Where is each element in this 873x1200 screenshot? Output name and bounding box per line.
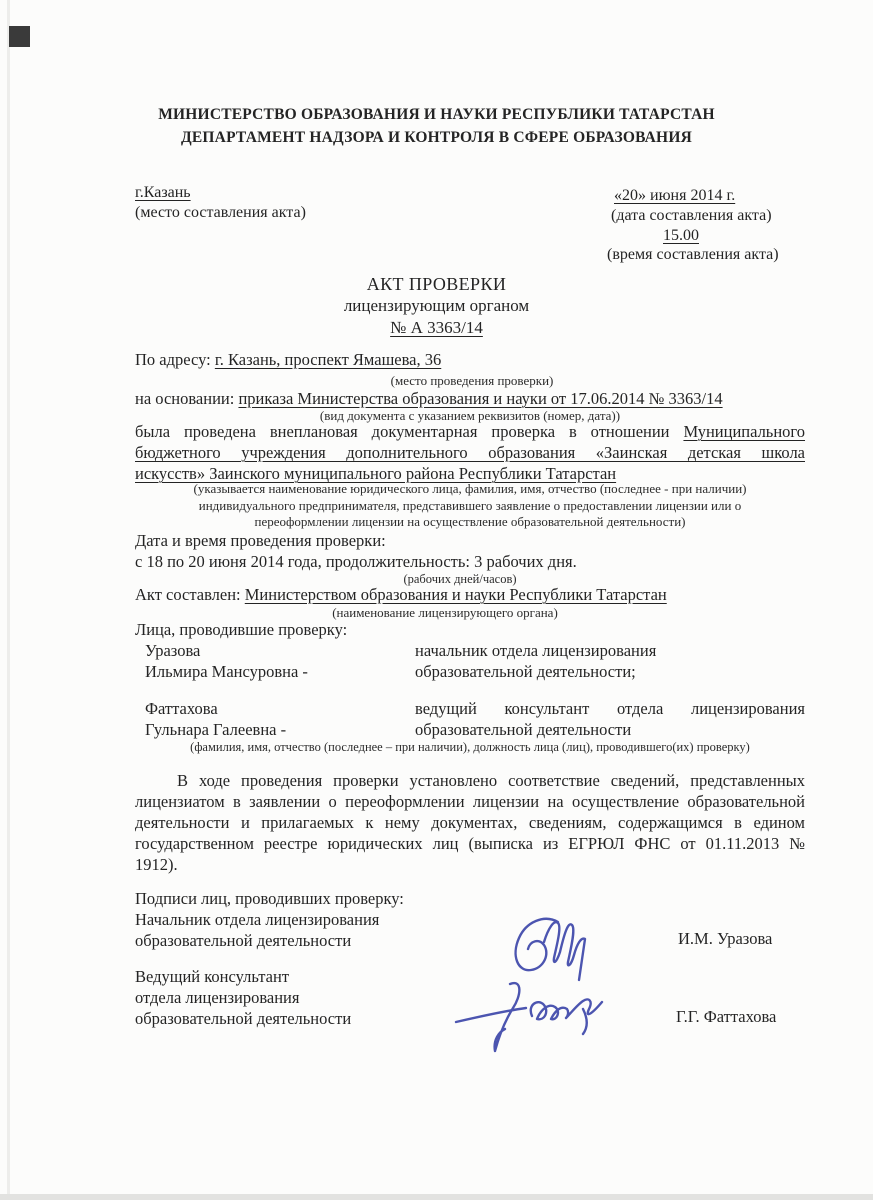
act-by-label: Акт составлен: — [135, 585, 245, 604]
findings-line-3: деятельности и прилагаемых к нему докуме… — [135, 812, 805, 833]
inspectors-caption: (фамилия, имя, отчество (последнее – при… — [135, 739, 805, 755]
inspector1-title-line-2: образовательной деятельности; — [415, 661, 636, 682]
inspection-caption-line-1: (указывается наименование юридического л… — [135, 481, 805, 497]
signer2-title-line-2: отдела лицензирования — [135, 987, 299, 1008]
findings-line-2: лицензиатом в заявлении о переоформлении… — [135, 791, 805, 812]
basis-line: на основании: приказа Министерства образ… — [135, 388, 723, 409]
header-line-1: МИНИСТЕРСТВО ОБРАЗОВАНИЯ И НАУКИ РЕСПУБЛ… — [0, 103, 873, 126]
act-date-value: «20» июня 2014 г. — [614, 186, 735, 206]
act-time-caption: (время составления акта) — [607, 245, 779, 265]
findings-line-1: В ходе проведения проверки установлено с… — [135, 770, 805, 791]
act-place-caption: (место составления акта) — [135, 203, 306, 223]
doc-number-value: № А 3363/14 — [390, 318, 483, 337]
address-label: По адресу: — [135, 350, 215, 369]
act-place-value: г.Казань — [135, 183, 201, 203]
address-line: По адресу: г. Казань, проспект Ямашева, … — [135, 349, 441, 370]
signer1-title-line-1: Начальник отдела лицензирования — [135, 909, 379, 930]
findings-line-5: 1912). — [135, 854, 178, 875]
inspection-line-2-underlined: бюджетного учреждения дополнительного об… — [135, 443, 805, 462]
header-line-2: ДЕПАРТАМЕНТ НАДЗОРА И КОНТРОЛЯ В СФЕРЕ О… — [0, 126, 873, 149]
dates-value: с 18 по 20 июня 2014 года, продолжительн… — [135, 551, 577, 572]
inspectors-heading: Лица, проводившие проверку: — [135, 619, 347, 640]
inspection-line-1-underlined: Муниципального — [683, 422, 805, 441]
basis-label: на основании: — [135, 389, 238, 408]
doc-title-line-2: лицензирующим органом — [0, 296, 873, 316]
dates-label: Дата и время проведения проверки: — [135, 530, 386, 551]
signature-fattakhova-ink — [452, 972, 612, 1057]
act-by-line: Акт составлен: Министерством образования… — [135, 584, 667, 605]
address-caption: (место проведения проверки) — [272, 373, 672, 389]
scanned-document-page: МИНИСТЕРСТВО ОБРАЗОВАНИЯ И НАУКИ РЕСПУБЛ… — [0, 0, 873, 1200]
address-value: г. Казань, проспект Ямашева, 36 — [215, 350, 441, 369]
document-header: МИНИСТЕРСТВО ОБРАЗОВАНИЯ И НАУКИ РЕСПУБЛ… — [0, 103, 873, 149]
signer2-title-line-3: образовательной деятельности — [135, 1008, 351, 1029]
signer2-name: Г.Г. Фаттахова — [676, 1006, 776, 1027]
basis-value: приказа Министерства образования и науки… — [238, 389, 722, 408]
inspection-line-1-text: была проведена внеплановая документарная… — [135, 422, 670, 441]
doc-title-line-1: АКТ ПРОВЕРКИ — [0, 274, 873, 295]
signatures-heading: Подписи лиц, проводивших проверку: — [135, 888, 404, 909]
signer1-name: И.М. Уразова — [678, 928, 772, 949]
inspection-caption-line-2: индивидуального предпринимателя, предста… — [135, 498, 805, 514]
act-date-caption: (дата составления акта) — [611, 206, 772, 226]
findings-line-4: государственном реестре юридических лиц … — [135, 833, 805, 854]
signer2-title-line-1: Ведущий консультант — [135, 966, 289, 987]
inspector1-title-line-1: начальник отдела лицензирования — [415, 640, 656, 661]
inspector2-name-line-2: Гульнара Галеевна - — [145, 719, 286, 740]
inspector2-name-line-1: Фаттахова — [145, 698, 218, 719]
inspector2-title-line-1: ведущий консультант отдела лицензировани… — [415, 698, 805, 719]
act-by-value: Министерством образования и науки Респуб… — [245, 585, 667, 604]
scan-corner-mark — [9, 26, 30, 47]
scan-edge-artifact-bottom — [0, 1194, 873, 1200]
inspection-line-2: бюджетного учреждения дополнительного об… — [135, 442, 805, 463]
inspector1-name-line-1: Уразова — [145, 640, 200, 661]
act-time-value: 15.00 — [663, 226, 699, 246]
scan-edge-artifact-left — [7, 0, 10, 1200]
inspector1-name-line-2: Ильмира Мансуровна - — [145, 661, 308, 682]
signer1-title-line-2: образовательной деятельности — [135, 930, 351, 951]
inspector2-title-line-2: образовательной деятельности — [415, 719, 631, 740]
inspection-line-1: была проведена внеплановая документарная… — [135, 421, 805, 442]
inspection-caption-line-3: переоформлении лицензии на осуществление… — [135, 514, 805, 530]
doc-title-number: № А 3363/14 — [0, 318, 873, 338]
